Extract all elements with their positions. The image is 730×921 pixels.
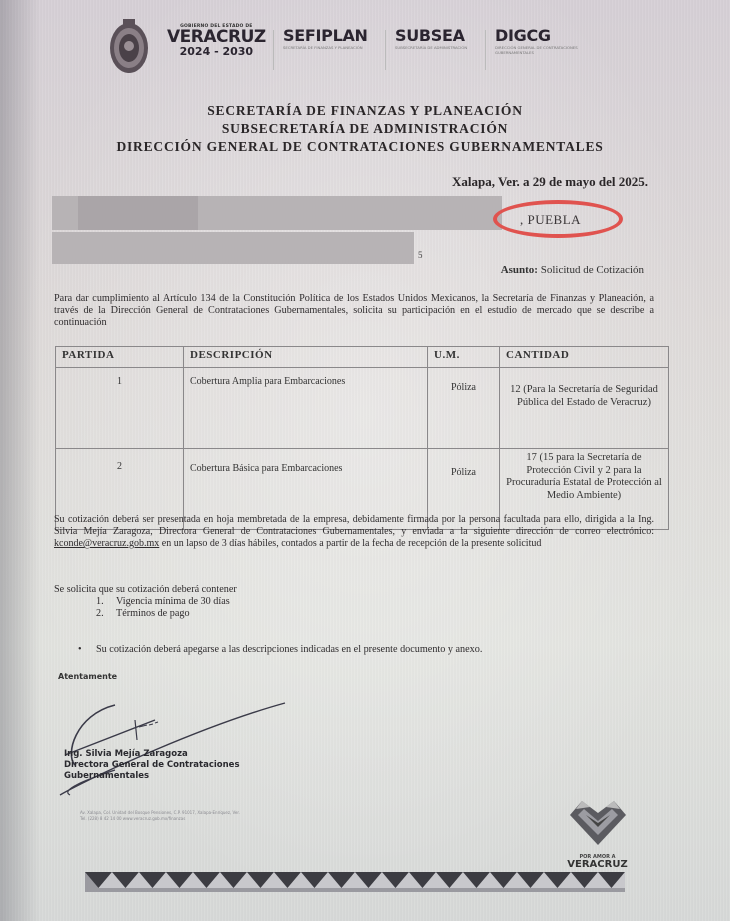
submission-paragraph: Su cotización deberá ser presentada en h… <box>54 514 654 550</box>
bullet-icon: • <box>78 644 96 655</box>
table-header-row: PARTIDA DESCRIPCIÓN U.M. CANTIDAD <box>56 347 669 368</box>
redacted-block <box>78 196 198 230</box>
state-coat-of-arms-icon <box>105 16 153 76</box>
document-page: GOBIERNO DEL ESTADO DE VERACRUZ 2024 - 2… <box>0 0 730 921</box>
red-annotation-circle <box>493 200 623 238</box>
org-logo-subsea: SUBSEA SUBSECRETARÍA DE ADMINISTRACIÓN <box>395 26 490 51</box>
divider <box>273 30 274 70</box>
header-logos: GOBIERNO DEL ESTADO DE VERACRUZ 2024 - 2… <box>105 16 605 80</box>
subject-value: Solicitud de Cotización <box>541 264 644 276</box>
veracruz-brand-icon <box>568 795 628 847</box>
letterhead-titles: SECRETARÍA DE FINANZAS Y PLANEACIÓN SUBS… <box>0 102 730 156</box>
header-descripcion: DESCRIPCIÓN <box>184 347 428 368</box>
divider <box>485 30 486 70</box>
stray-mark: 5 <box>418 250 423 260</box>
header-um: U.M. <box>428 347 500 368</box>
cell-descripcion: Cobertura Amplia para Embarcaciones <box>184 368 428 449</box>
intro-paragraph: Para dar cumplimiento al Artículo 134 de… <box>54 293 654 329</box>
items-table: PARTIDA DESCRIPCIÓN U.M. CANTIDAD 1 Cobe… <box>55 346 669 530</box>
cell-cantidad: 12 (Para la Secretaría de Seguridad Públ… <box>500 368 669 449</box>
signer-title: Directora General de Contrataciones <box>64 760 240 771</box>
signer-name: Ing. Silvia Mejía Zaragoza <box>64 749 240 760</box>
signer-block: Ing. Silvia Mejía Zaragoza Directora Gen… <box>64 749 240 782</box>
requirement-item: 1.Vigencia mínima de 30 días <box>54 596 237 608</box>
cell-partida: 1 <box>56 368 184 449</box>
date-line: Xalapa, Ver. a 29 de mayo del 2025. <box>452 174 648 190</box>
subject-line: Asunto: Solicitud de Cotización <box>501 264 644 276</box>
table-row: 1 Cobertura Amplia para Embarcaciones Pó… <box>56 368 669 449</box>
org-logo-digcg: DIGCG DIRECCIÓN GENERAL DE CONTRATACIONE… <box>495 26 615 55</box>
redacted-recipient-line-2 <box>52 232 414 264</box>
header-cantidad: CANTIDAD <box>500 347 669 368</box>
header-partida: PARTIDA <box>56 347 184 368</box>
subject-label: Asunto: <box>501 264 538 276</box>
footer-address: Av. Xalapa, Col. Unidad del Bosque Pensi… <box>80 810 240 822</box>
title-subsecretaria: SUBSECRETARÍA DE ADMINISTRACIÓN <box>0 120 730 138</box>
salutation: Atentamente <box>58 672 117 681</box>
government-logo: GOBIERNO DEL ESTADO DE VERACRUZ 2024 - 2… <box>167 24 266 58</box>
title-direccion: DIRECCIÓN GENERAL DE CONTRATACIONES GUBE… <box>0 138 730 156</box>
email-link[interactable]: kconde@veracruz.gob.mx <box>54 538 159 549</box>
org-logo-sefiplan: SEFIPLAN SECRETARÍA DE FINANZAS Y PLANEA… <box>283 26 378 51</box>
signer-title-cont: Gubernamentales <box>64 771 240 782</box>
decorative-footer-band <box>85 872 625 892</box>
title-secretaria: SECRETARÍA DE FINANZAS Y PLANEACIÓN <box>0 102 730 120</box>
requirements-list: Se solicita que su cotización deberá con… <box>54 584 237 620</box>
requirements-intro: Se solicita que su cotización deberá con… <box>54 584 237 596</box>
bullet-note: •Su cotización deberá apegarse a las des… <box>78 644 482 655</box>
divider <box>385 30 386 70</box>
requirement-item: 2.Términos de pago <box>54 608 237 620</box>
cell-um: Póliza <box>428 368 500 449</box>
footer-brand: POR AMOR A VERACRUZ <box>560 795 635 870</box>
